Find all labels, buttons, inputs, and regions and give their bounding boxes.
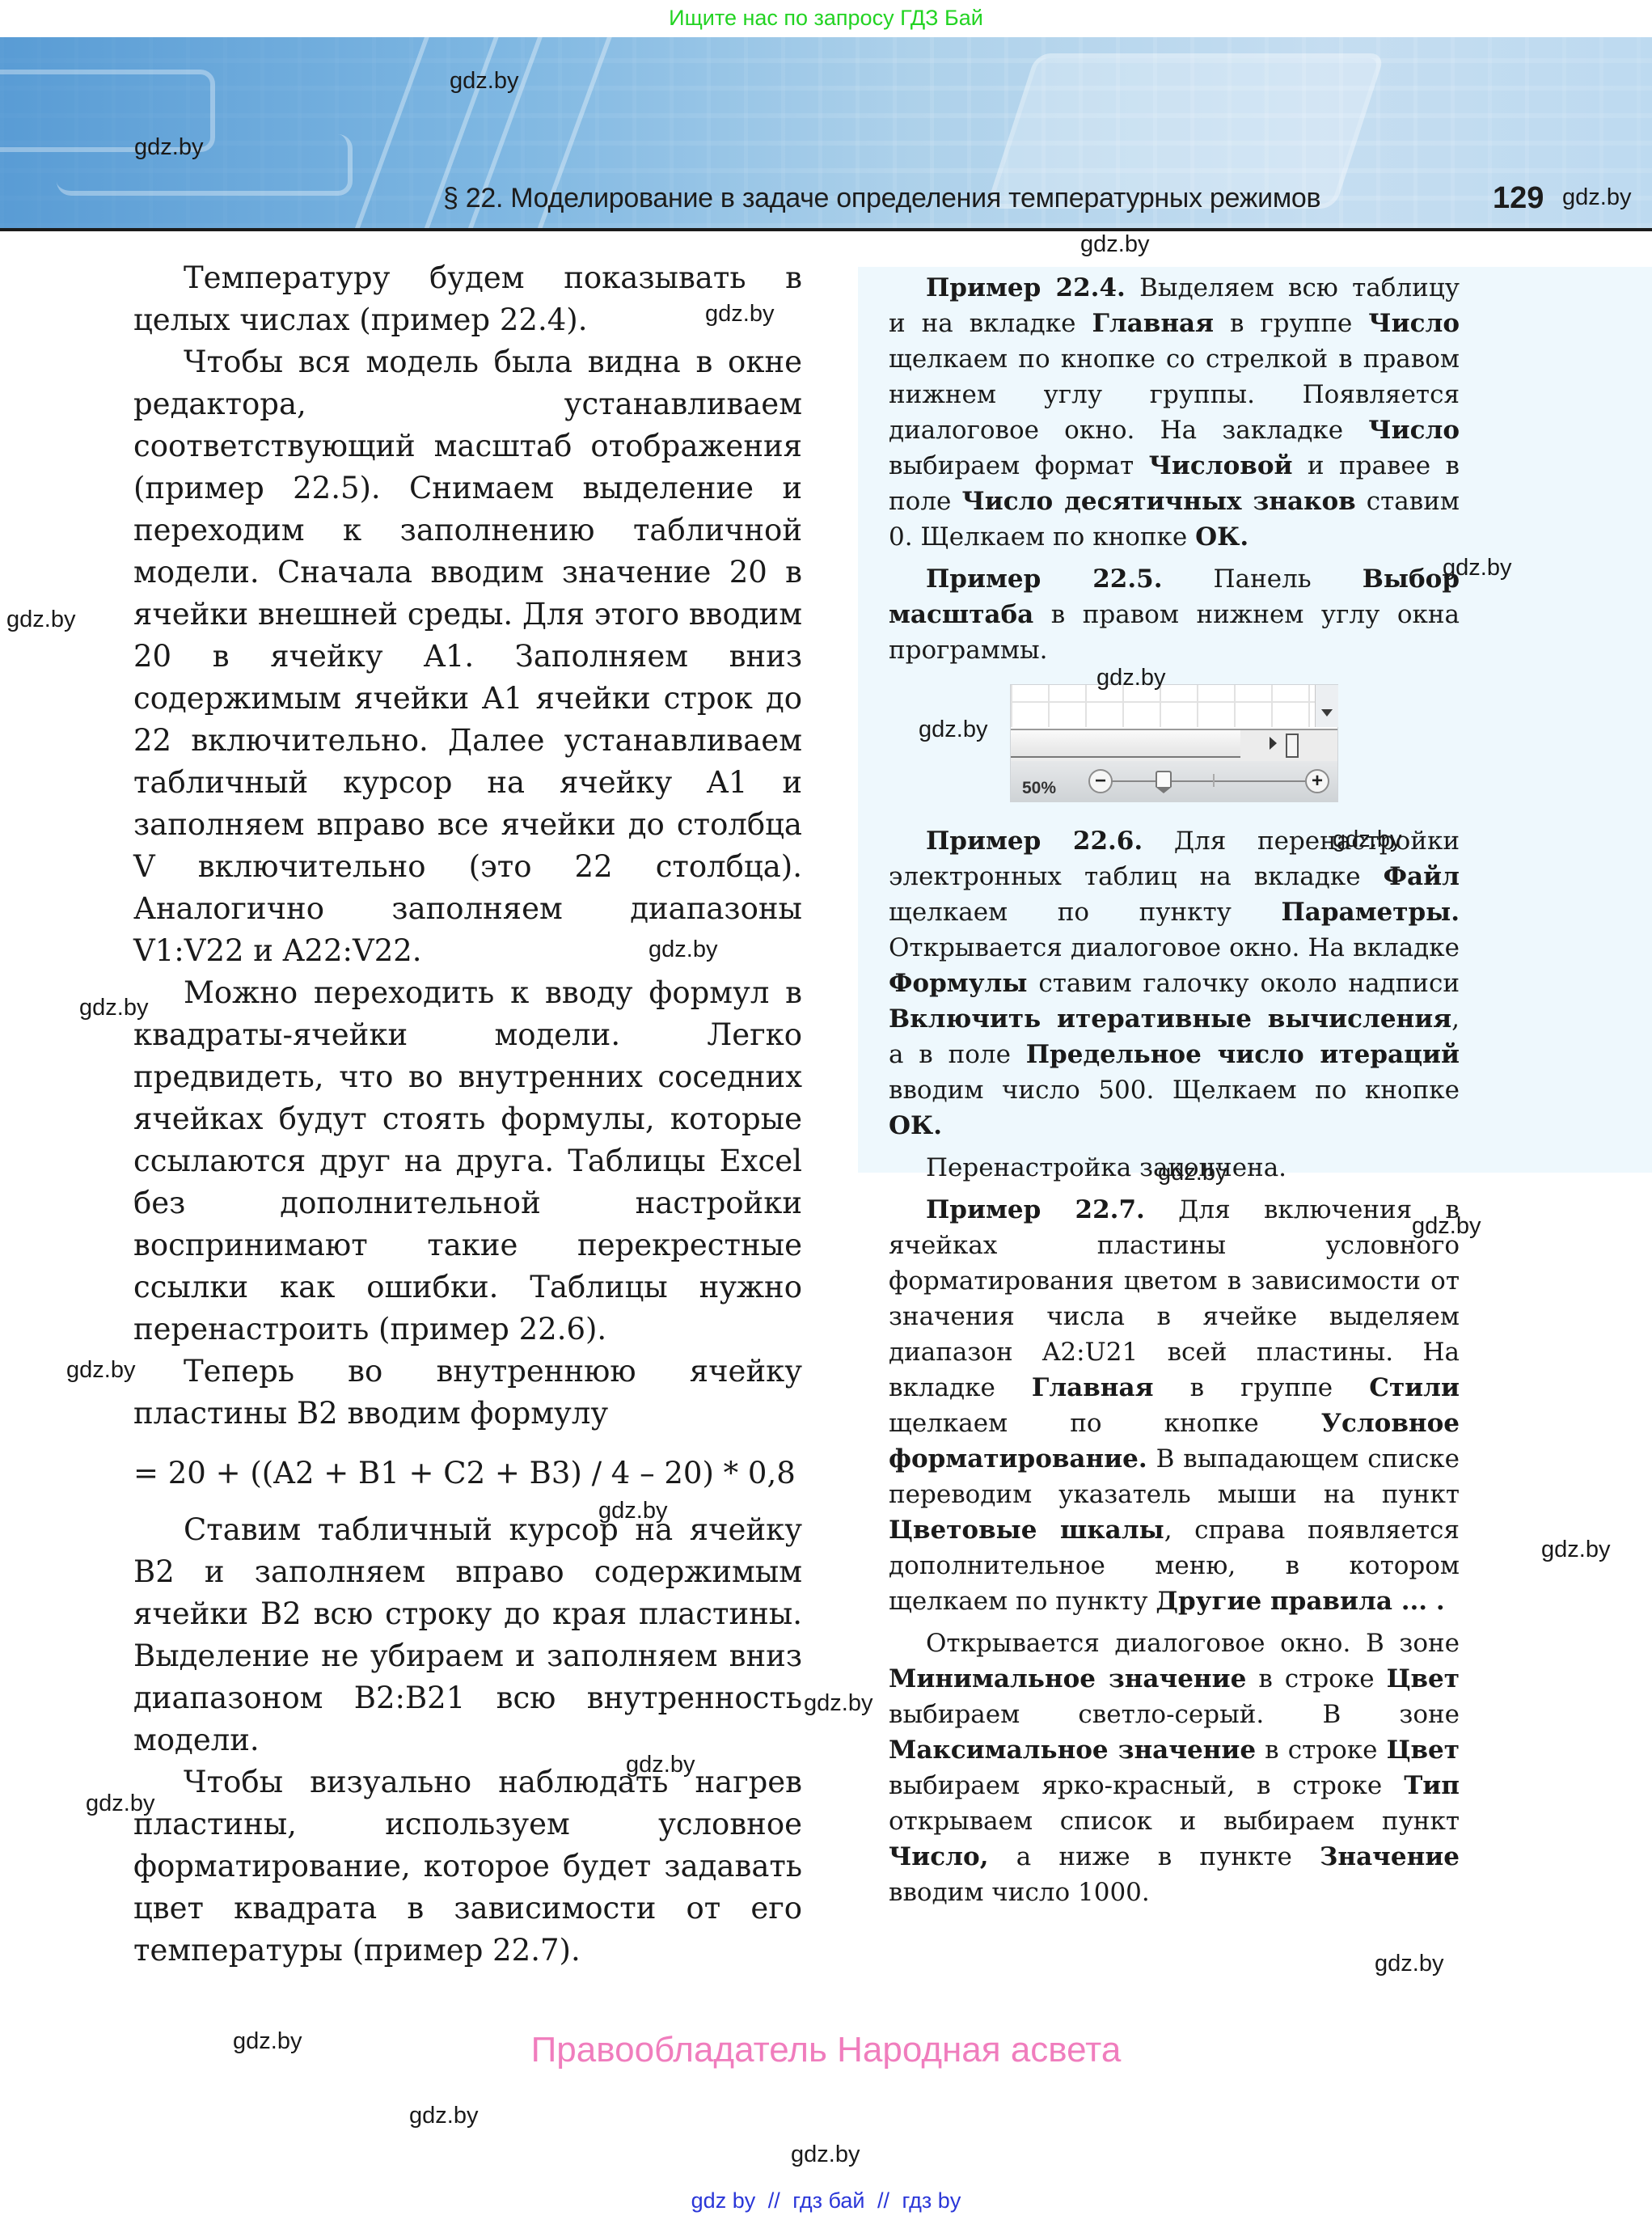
paragraph: Чтобы вся модель была видна в окне редак… <box>133 341 802 972</box>
watermark: gdz.by <box>86 1791 154 1817</box>
watermark: gdz.by <box>705 301 774 328</box>
watermark: gdz.by <box>450 68 518 95</box>
watermark: gdz.by <box>649 937 717 963</box>
footer-link[interactable]: гдз by <box>902 2188 961 2213</box>
example-label: Пример 22.4. <box>926 273 1126 302</box>
footer-link[interactable]: гдз бай <box>792 2188 864 2213</box>
main-text-column: Температуру будем показывать в целых чис… <box>133 257 802 1972</box>
paragraph: Можно переходить к вводу формул в квадра… <box>133 972 802 1351</box>
zoom-in-button[interactable]: + <box>1305 769 1329 793</box>
example-22-5: Пример 22.5. Панель Выбор масштаба в пра… <box>889 561 1460 668</box>
watermark: gdz.by <box>598 1498 667 1524</box>
zoom-out-button[interactable]: − <box>1088 769 1113 793</box>
watermark: gdz.by <box>1096 665 1165 691</box>
zoom-level-label[interactable]: 50% <box>1022 771 1056 806</box>
split-handle[interactable] <box>1286 734 1299 758</box>
watermark: gdz.by <box>1562 184 1631 211</box>
cell-formula: = 20 + ((A2 + B1 + C2 + B3) / 4 – 20) * … <box>133 1452 802 1495</box>
watermark: gdz.by <box>66 1357 135 1384</box>
zoom-slider-track[interactable] <box>1111 780 1305 782</box>
page-number: 129 <box>1493 181 1544 216</box>
paragraph: Ставим табличный курсор на ячейку B2 и з… <box>133 1509 802 1761</box>
watermark: gdz.by <box>804 1690 872 1717</box>
footer-separator: // <box>768 2188 780 2213</box>
watermark: gdz.by <box>1412 1213 1481 1240</box>
footer-link[interactable]: gdz by <box>691 2188 756 2213</box>
watermark: gdz.by <box>1080 231 1149 258</box>
example-label: Пример 22.6. <box>926 827 1143 856</box>
watermark: gdz.by <box>626 1752 695 1778</box>
section-title: § 22. Моделирование в задаче определения… <box>443 183 1320 214</box>
scroll-down-arrow-icon[interactable] <box>1321 709 1333 717</box>
watermark: gdz.by <box>1541 1537 1610 1563</box>
footer-links: gdz by // гдз бай // гдз by <box>0 2188 1652 2213</box>
zoom-slider-thumb[interactable] <box>1156 771 1172 787</box>
zoom-control-figure: 50% − + <box>1010 684 1338 802</box>
paragraph: Открывается диалоговое окно. В зоне Мини… <box>889 1626 1460 1910</box>
paragraph: Чтобы визуально наблюдать нагрев пластин… <box>133 1761 802 1972</box>
watermark: gdz.by <box>6 607 75 633</box>
example-22-4: Пример 22.4. Выделяем всю таблицу и на в… <box>889 270 1460 555</box>
watermark: gdz.by <box>409 2103 478 2129</box>
example-label: Пример 22.7. <box>926 1195 1145 1224</box>
watermark: gdz.by <box>79 995 148 1021</box>
examples-column: Пример 22.4. Выделяем всю таблицу и на в… <box>889 270 1460 1910</box>
circuit-decoration <box>57 134 353 196</box>
paragraph: Температуру будем показывать в целых чис… <box>133 257 802 341</box>
footer-separator: // <box>877 2188 889 2213</box>
vertical-scrollbar[interactable] <box>1315 685 1338 727</box>
watermark: gdz.by <box>1443 555 1511 581</box>
scroll-right-arrow-icon[interactable] <box>1270 737 1277 750</box>
watermark: gdz.by <box>233 2028 302 2055</box>
watermark: gdz.by <box>1333 827 1401 853</box>
watermark: gdz.by <box>791 2142 860 2168</box>
example-22-7: Пример 22.7. Для включения в ячейках пла… <box>889 1192 1460 1619</box>
watermark: gdz.by <box>1158 1160 1227 1186</box>
example-label: Пример 22.5. <box>926 564 1163 594</box>
search-hint-banner: Ищите нас по запросу ГДЗ Бай <box>0 0 1652 36</box>
watermark: gdz.by <box>134 134 203 161</box>
example-22-6: Пример 22.6. Для перенастройки электронн… <box>889 823 1460 1144</box>
zoom-100-tick <box>1213 774 1215 787</box>
watermark: gdz.by <box>919 717 987 743</box>
watermark: gdz.by <box>1375 1951 1443 1977</box>
paragraph: Теперь во внутреннюю ячейку пластины B2 … <box>133 1351 802 1435</box>
horizontal-scroll-thumb[interactable] <box>1011 730 1240 758</box>
